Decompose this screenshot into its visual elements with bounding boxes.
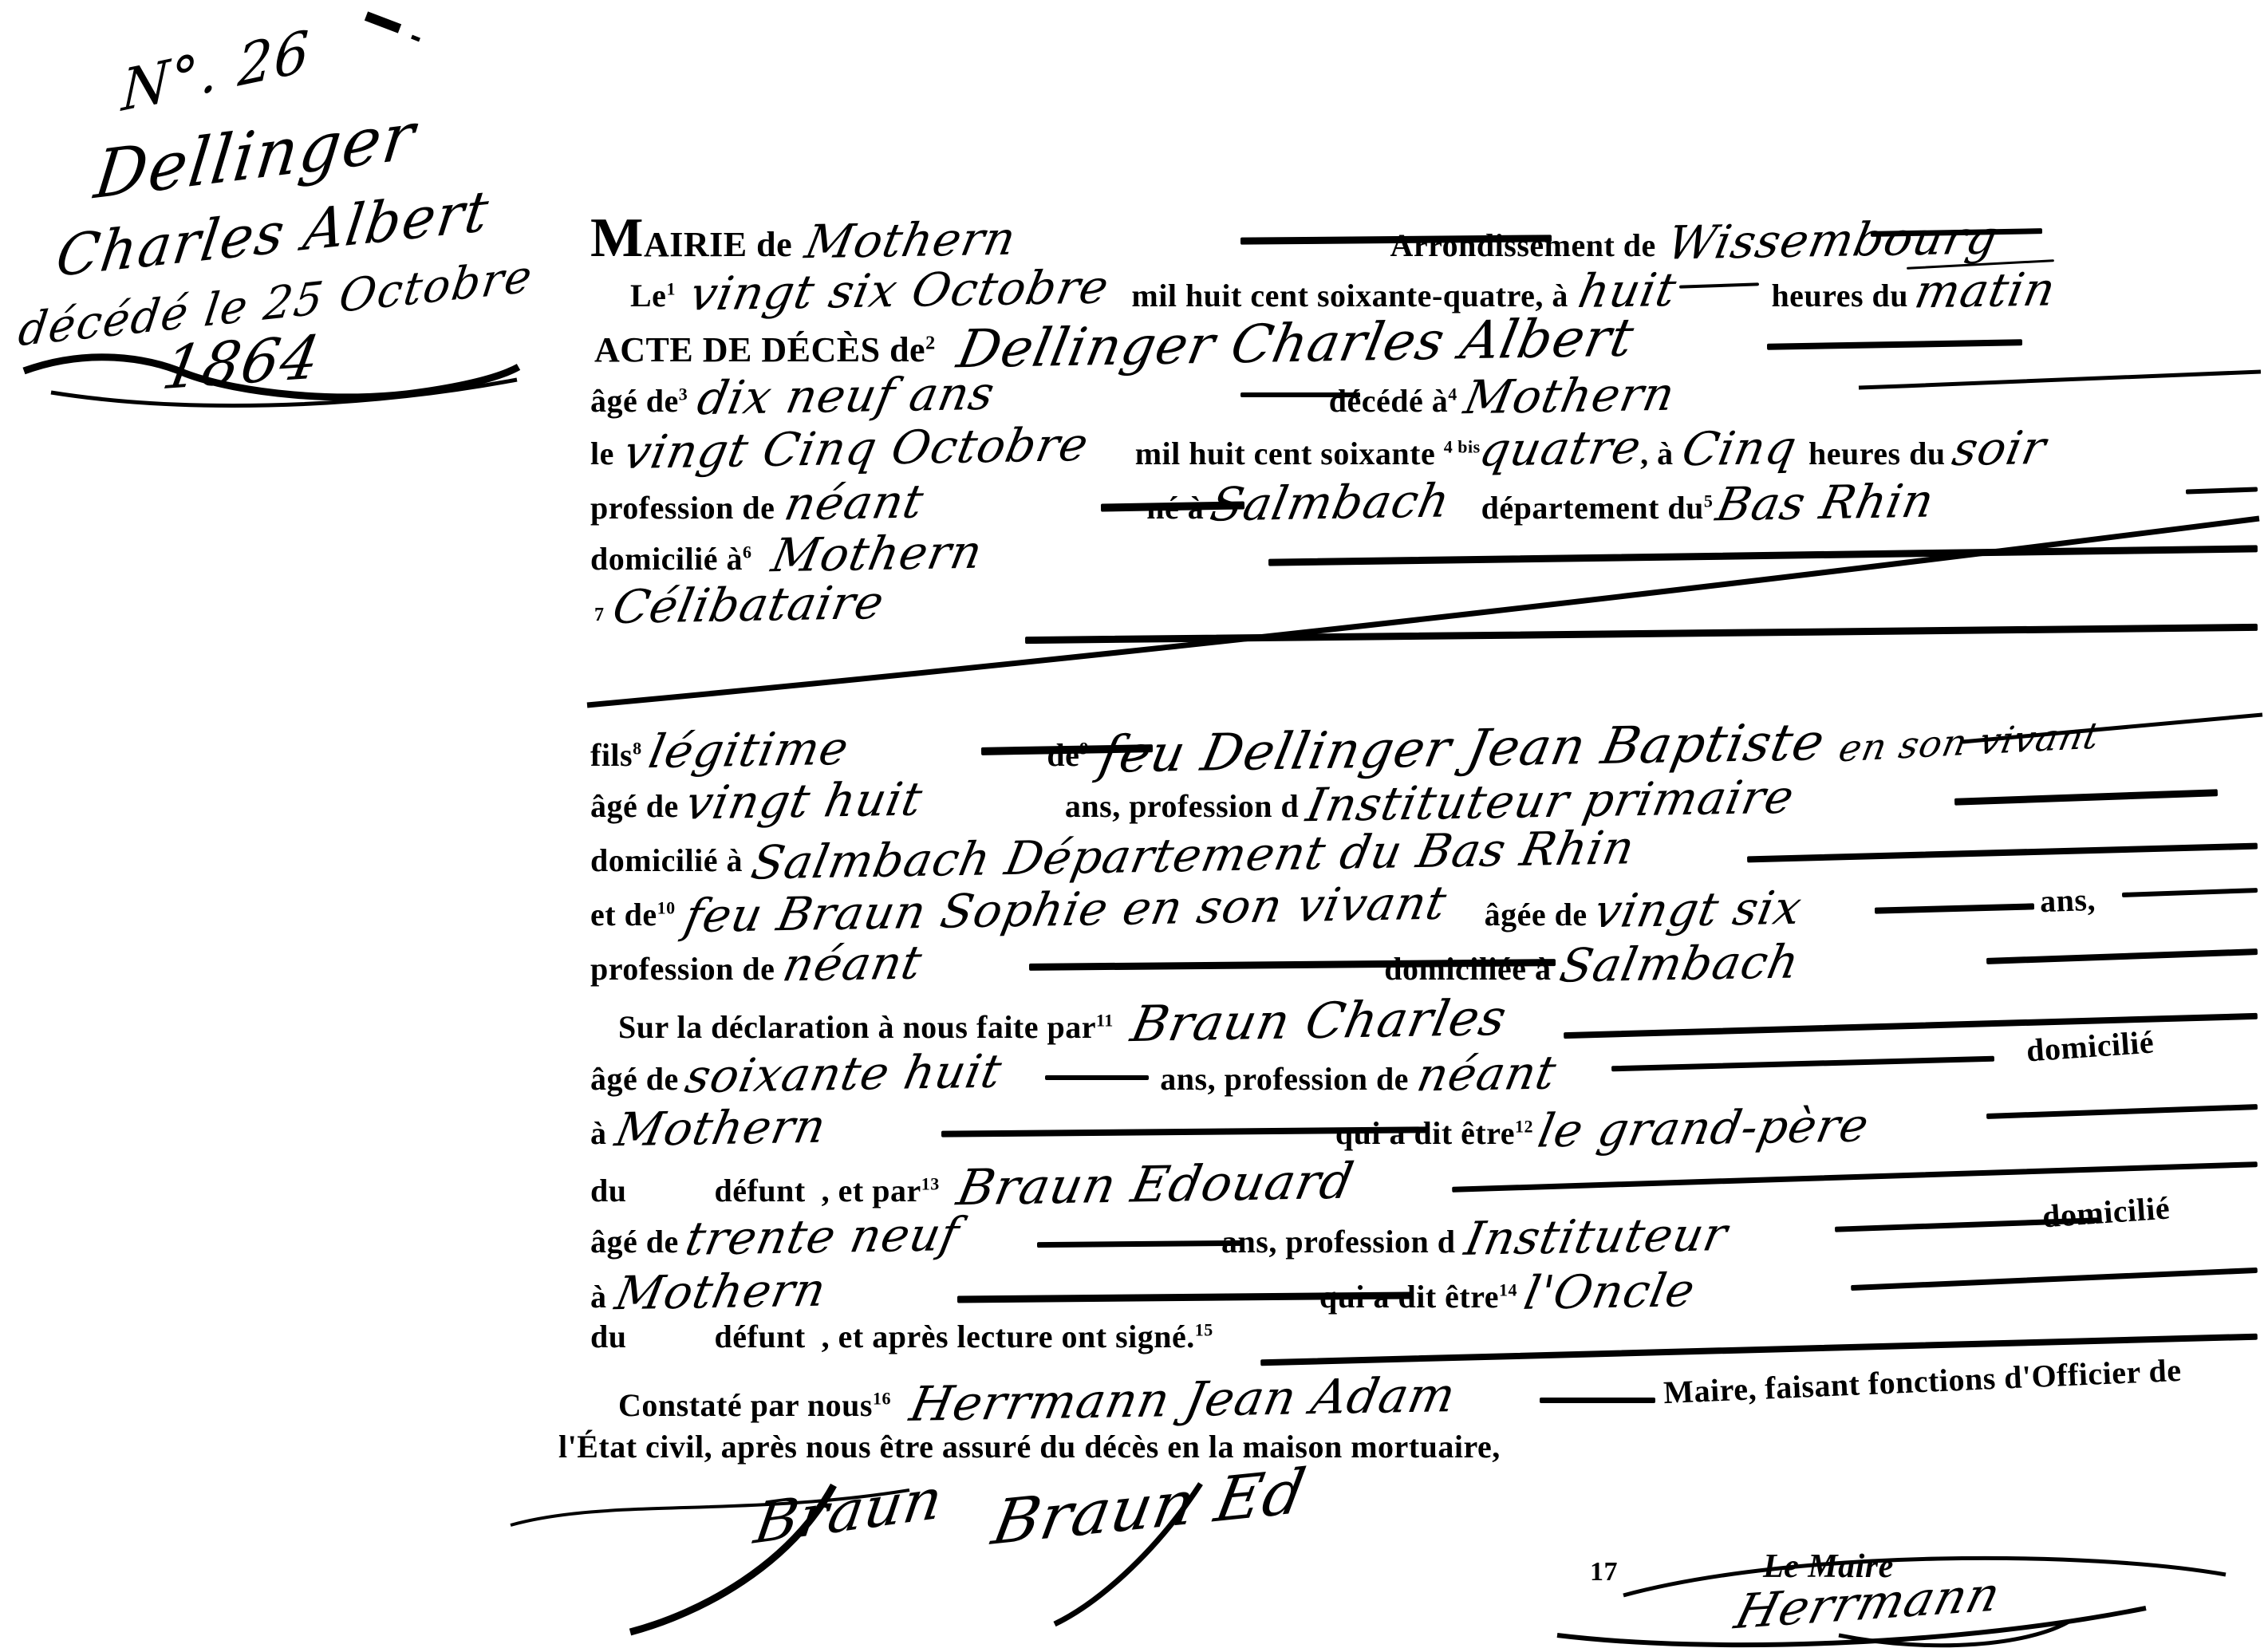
death-date-le-label: le (590, 435, 614, 472)
father-vivant-value: en son vivant (1835, 714, 2104, 771)
margin-act-number: N°. 26 (120, 18, 311, 125)
declarant2-relation-value: l'Oncle (1520, 1263, 1700, 1320)
acte-deces-label: ACTE DE DÉCÈS de2 (594, 329, 936, 370)
defunt-label-1: défunt (715, 1172, 806, 1209)
father-age-value: vingt huit (681, 771, 927, 830)
declarant2-domicilie-label: domicilié (2041, 1189, 2171, 1235)
du-defunt-label-2: du (590, 1318, 627, 1355)
filiation-value: légitime (645, 721, 854, 779)
mairie-value: Mothern (801, 211, 1021, 270)
ink-mark-dot (412, 37, 420, 40)
date-label: Le1 (630, 277, 676, 314)
domicile-label: domicilié à6 (590, 540, 752, 578)
constate-label: Constaté par nous16 (618, 1386, 891, 1424)
ink-mark (366, 16, 400, 29)
marital-status-value: Célibataire (608, 575, 888, 634)
death-year-word-value: quatre (1475, 420, 1646, 476)
father-age-label: âgé de (590, 787, 679, 825)
act-date-value: vingt six Octobre (685, 259, 1114, 321)
signature-braun-charles: Braun (750, 1465, 947, 1557)
mother-profession-value: néant (779, 936, 927, 992)
declarant2-domicile-value: Mothern (610, 1263, 830, 1321)
mother-name-value: feu Braun Sophie en son vivant (680, 876, 1451, 944)
declarant1-domicile-value: Mothern (610, 1099, 830, 1157)
death-certificate-scan: N°. 26 Dellinger Charles Albert décédé l… (0, 0, 2264, 1652)
father-age-mid-label: ans, profession d (1065, 787, 1299, 825)
fill-rule (2186, 487, 2258, 494)
father-domicile-label: domicilié à (590, 842, 743, 879)
signature-braun-edouard: Braun Ed (987, 1456, 1311, 1559)
fill-rule (1540, 1398, 1655, 1403)
departement-label: département du5 (1481, 489, 1714, 526)
profession-label: profession de (590, 489, 775, 526)
mother-profession-label: profession de (590, 950, 775, 988)
mairie-label: MAIRIE de (590, 206, 792, 270)
declarant2-a-label: à (590, 1278, 607, 1315)
fill-rule (1268, 545, 2258, 566)
fill-rule (1611, 1056, 1994, 1072)
mother-age-label: âgée de (1485, 896, 1588, 933)
death-date-value: vingt Cinq Octobre (619, 417, 1093, 479)
declarant1-name-value: Braun Charles (1126, 988, 1512, 1053)
age-value: dix neuf ans (693, 366, 1000, 425)
departement-value: Bas Rhin (1712, 474, 1939, 532)
fill-rule (1851, 1268, 2258, 1291)
death-heures-du-label: heures du (1808, 435, 1946, 472)
mother-age-value: vingt six (1590, 881, 1807, 938)
fill-rule (1986, 1104, 2258, 1119)
fill-rule (1767, 339, 2022, 350)
fill-rule (1045, 1075, 1149, 1080)
curve-rule-1 (1859, 372, 2261, 388)
mother-domicile-value: Salmbach (1555, 934, 1804, 992)
fill-rule (2122, 888, 2258, 897)
fill-rule (1452, 1161, 2258, 1193)
fils-label: fils8 (590, 736, 642, 774)
declarant1-domicilie-label: domicilié (2025, 1023, 2156, 1069)
declarant2-mid-label: ans, profession d (1221, 1223, 1455, 1260)
declarant1-age-value: soixante huit (680, 1044, 1006, 1104)
declarant1-mid-label: ans, profession de (1160, 1060, 1409, 1098)
declarant1-a-label: à (590, 1114, 607, 1152)
age-label: âgé de3 (590, 382, 688, 420)
et-par-label: , et par13 (822, 1172, 940, 1209)
fill-rule (1954, 789, 2218, 806)
mother-ans-label: ans, (2039, 881, 2096, 920)
etat-civil-label: l'État civil, après nous être assuré du … (558, 1428, 1501, 1465)
fill-rule (1747, 843, 2258, 863)
declarant1-profession-value: néant (1413, 1046, 1561, 1102)
act-period-value: matin (1911, 262, 2061, 318)
fill-rule (1986, 948, 2258, 964)
heures-du-label: heures du (1771, 277, 1908, 314)
fill-rule (1240, 392, 1360, 397)
mother-domicile-label: domiciliée à (1384, 950, 1551, 988)
declarant1-relation-value: le grand-père (1534, 1098, 1874, 1157)
declarant2-name-value: Braun Edouard (953, 1152, 1359, 1217)
maire-fonctions-label: Maire, faisant fonctions d'Officier de (1663, 1351, 2182, 1411)
profession-value: néant (780, 475, 929, 531)
lecture-signe-label: , et après lecture ont signé.15 (822, 1318, 1213, 1355)
declarant2-age-value: trente neuf (681, 1207, 964, 1266)
arrondissement-label: Arrondissement de (1390, 227, 1655, 264)
death-period-value: soir (1948, 420, 2051, 476)
declarant2-age-label: âgé de (590, 1223, 679, 1260)
fill-rule (1025, 624, 2258, 644)
arrondissement-value: Wissembourg (1663, 210, 2002, 270)
decede-a-label: décédé à4 (1329, 382, 1457, 420)
margin-death-year: 1864 (158, 323, 326, 404)
declarant1-age-label: âgé de (590, 1060, 679, 1098)
death-hour-value: Cinq (1678, 420, 1801, 476)
marital-sup: 7 (594, 605, 605, 626)
et-de-label: et de10 (590, 896, 676, 933)
death-comma-label: , à (1640, 435, 1674, 472)
du-defunt-label-1: du (590, 1172, 627, 1209)
declaration-label: Sur la déclaration à nous faite par11 (618, 1008, 1114, 1046)
de-label: de9 (1047, 736, 1089, 774)
domicile-value: Mothern (767, 525, 987, 583)
footnote-17: 17 (1590, 1557, 1618, 1587)
declarant2-profession-value: Instituteur (1461, 1207, 1733, 1266)
death-date-mid-label: mil huit cent soixante 4 bis (1135, 435, 1481, 472)
death-place-value: Mothern (1460, 367, 1680, 425)
defunt-label-2: défunt (715, 1318, 806, 1355)
officer-name-value: Herrmann Jean Adam (905, 1367, 1461, 1433)
fill-rule (1564, 1013, 2258, 1039)
